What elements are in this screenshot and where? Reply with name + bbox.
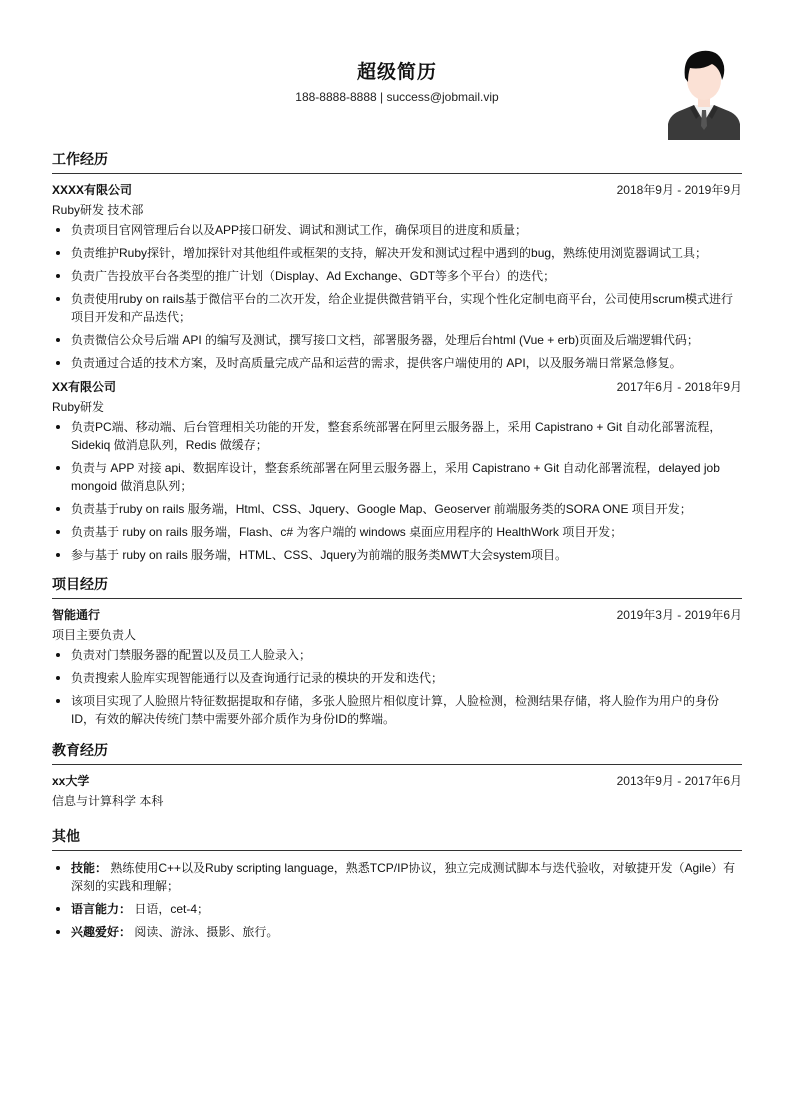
item-text: 熟练使用C++以及Ruby scripting language，熟悉TCP/I…	[71, 861, 735, 893]
list-item: 技能： 熟练使用C++以及Ruby scripting language，熟悉T…	[52, 859, 742, 895]
list-item: 负责对门禁服务器的配置以及员工人脸录入；	[52, 646, 742, 664]
item-label: 语言能力：	[71, 902, 131, 916]
contact-info: 188-8888-8888 | success@jobmail.vip	[52, 90, 742, 104]
education-section: 教育经历 xx大学 2013年9月 - 2017年6月 信息与计算科学 本科	[52, 740, 742, 812]
list-item: 负责基于 ruby on rails 服务端，Flash、c# 为客户端的 wi…	[52, 523, 742, 541]
project-role: 项目主要负责人	[52, 625, 742, 646]
company-name: XXXX有限公司	[52, 180, 132, 200]
entry-date: 2017年6月 - 2018年9月	[617, 377, 742, 397]
list-item: 负责维护Ruby探针，增加探针对其他组件或框架的支持，解决开发和测试过程中遇到的…	[52, 244, 742, 262]
bullet-list: 负责PC端、移动端、后台管理相关功能的开发，整套系统部署在阿里云服务器上，采用 …	[52, 418, 742, 564]
item-text: 日语，cet-4；	[134, 902, 209, 916]
resume-page: 超级简历 188-8888-8888 | success@jobmail.vip…	[52, 0, 742, 946]
list-item: 负责PC端、移动端、后台管理相关功能的开发，整套系统部署在阿里云服务器上，采用 …	[52, 418, 742, 454]
item-label: 兴趣爱好：	[71, 925, 131, 939]
major: 信息与计算科学 本科	[52, 791, 742, 812]
list-item: 负责微信公众号后端 API 的编写及测试，撰写接口文档，部署服务器，处理后台ht…	[52, 331, 742, 349]
section-title-other: 其他	[52, 826, 742, 851]
entry-date: 2019年3月 - 2019年6月	[617, 605, 742, 625]
section-title-work: 工作经历	[52, 149, 742, 174]
list-item: 负责广告投放平台各类型的推广计划（Display、Ad Exchange、GDT…	[52, 267, 742, 285]
job-role: Ruby研发	[52, 397, 742, 418]
section-title-projects: 项目经历	[52, 574, 742, 599]
list-item: 语言能力： 日语，cet-4；	[52, 900, 742, 918]
person-avatar-icon	[668, 44, 740, 140]
work-entry: XXXX有限公司 2018年9月 - 2019年9月 Ruby研发 技术部 负责…	[52, 180, 742, 372]
item-text: 阅读、游泳、摄影、旅行。	[134, 925, 278, 939]
list-item: 该项目实现了人脸照片特征数据提取和存储，多张人脸照片相似度计算，人脸检测，检测结…	[52, 692, 742, 728]
company-name: XX有限公司	[52, 377, 116, 397]
resume-name: 超级简历	[52, 57, 742, 84]
entry-date: 2018年9月 - 2019年9月	[617, 180, 742, 200]
list-item: 负责项目官网管理后台以及APP接口研发、调试和测试工作，确保项目的进度和质量；	[52, 221, 742, 239]
bullet-list: 负责项目官网管理后台以及APP接口研发、调试和测试工作，确保项目的进度和质量； …	[52, 221, 742, 372]
list-item: 参与基于 ruby on rails 服务端，HTML、CSS、Jquery为前…	[52, 546, 742, 564]
section-title-education: 教育经历	[52, 740, 742, 765]
project-name: 智能通行	[52, 605, 100, 625]
item-label: 技能：	[71, 861, 107, 875]
project-experience-section: 项目经历 智能通行 2019年3月 - 2019年6月 项目主要负责人 负责对门…	[52, 574, 742, 728]
list-item: 负责通过合适的技术方案，及时高质量完成产品和运营的需求，提供客户端使用的 API…	[52, 354, 742, 372]
other-section: 其他 技能： 熟练使用C++以及Ruby scripting language，…	[52, 826, 742, 941]
list-item: 负责搜索人脸库实现智能通行以及查询通行记录的模块的开发和迭代；	[52, 669, 742, 687]
resume-header: 超级简历 188-8888-8888 | success@jobmail.vip	[52, 0, 742, 140]
job-role: Ruby研发 技术部	[52, 200, 742, 221]
list-item: 负责基于ruby on rails 服务端，Html、CSS、Jquery、Go…	[52, 500, 742, 518]
bullet-list: 负责对门禁服务器的配置以及员工人脸录入； 负责搜索人脸库实现智能通行以及查询通行…	[52, 646, 742, 728]
bullet-list: 技能： 熟练使用C++以及Ruby scripting language，熟悉T…	[52, 859, 742, 941]
education-entry: xx大学 2013年9月 - 2017年6月 信息与计算科学 本科	[52, 771, 742, 812]
list-item: 负责与 APP 对接 api、数据库设计，整套系统部署在阿里云服务器上，采用 C…	[52, 459, 742, 495]
work-entry: XX有限公司 2017年6月 - 2018年9月 Ruby研发 负责PC端、移动…	[52, 377, 742, 564]
project-entry: 智能通行 2019年3月 - 2019年6月 项目主要负责人 负责对门禁服务器的…	[52, 605, 742, 728]
list-item: 负责使用ruby on rails基于微信平台的二次开发，给企业提供微营销平台，…	[52, 290, 742, 326]
list-item: 兴趣爱好： 阅读、游泳、摄影、旅行。	[52, 923, 742, 941]
school-name: xx大学	[52, 771, 89, 791]
work-experience-section: 工作经历 XXXX有限公司 2018年9月 - 2019年9月 Ruby研发 技…	[52, 149, 742, 564]
entry-date: 2013年9月 - 2017年6月	[617, 771, 742, 791]
